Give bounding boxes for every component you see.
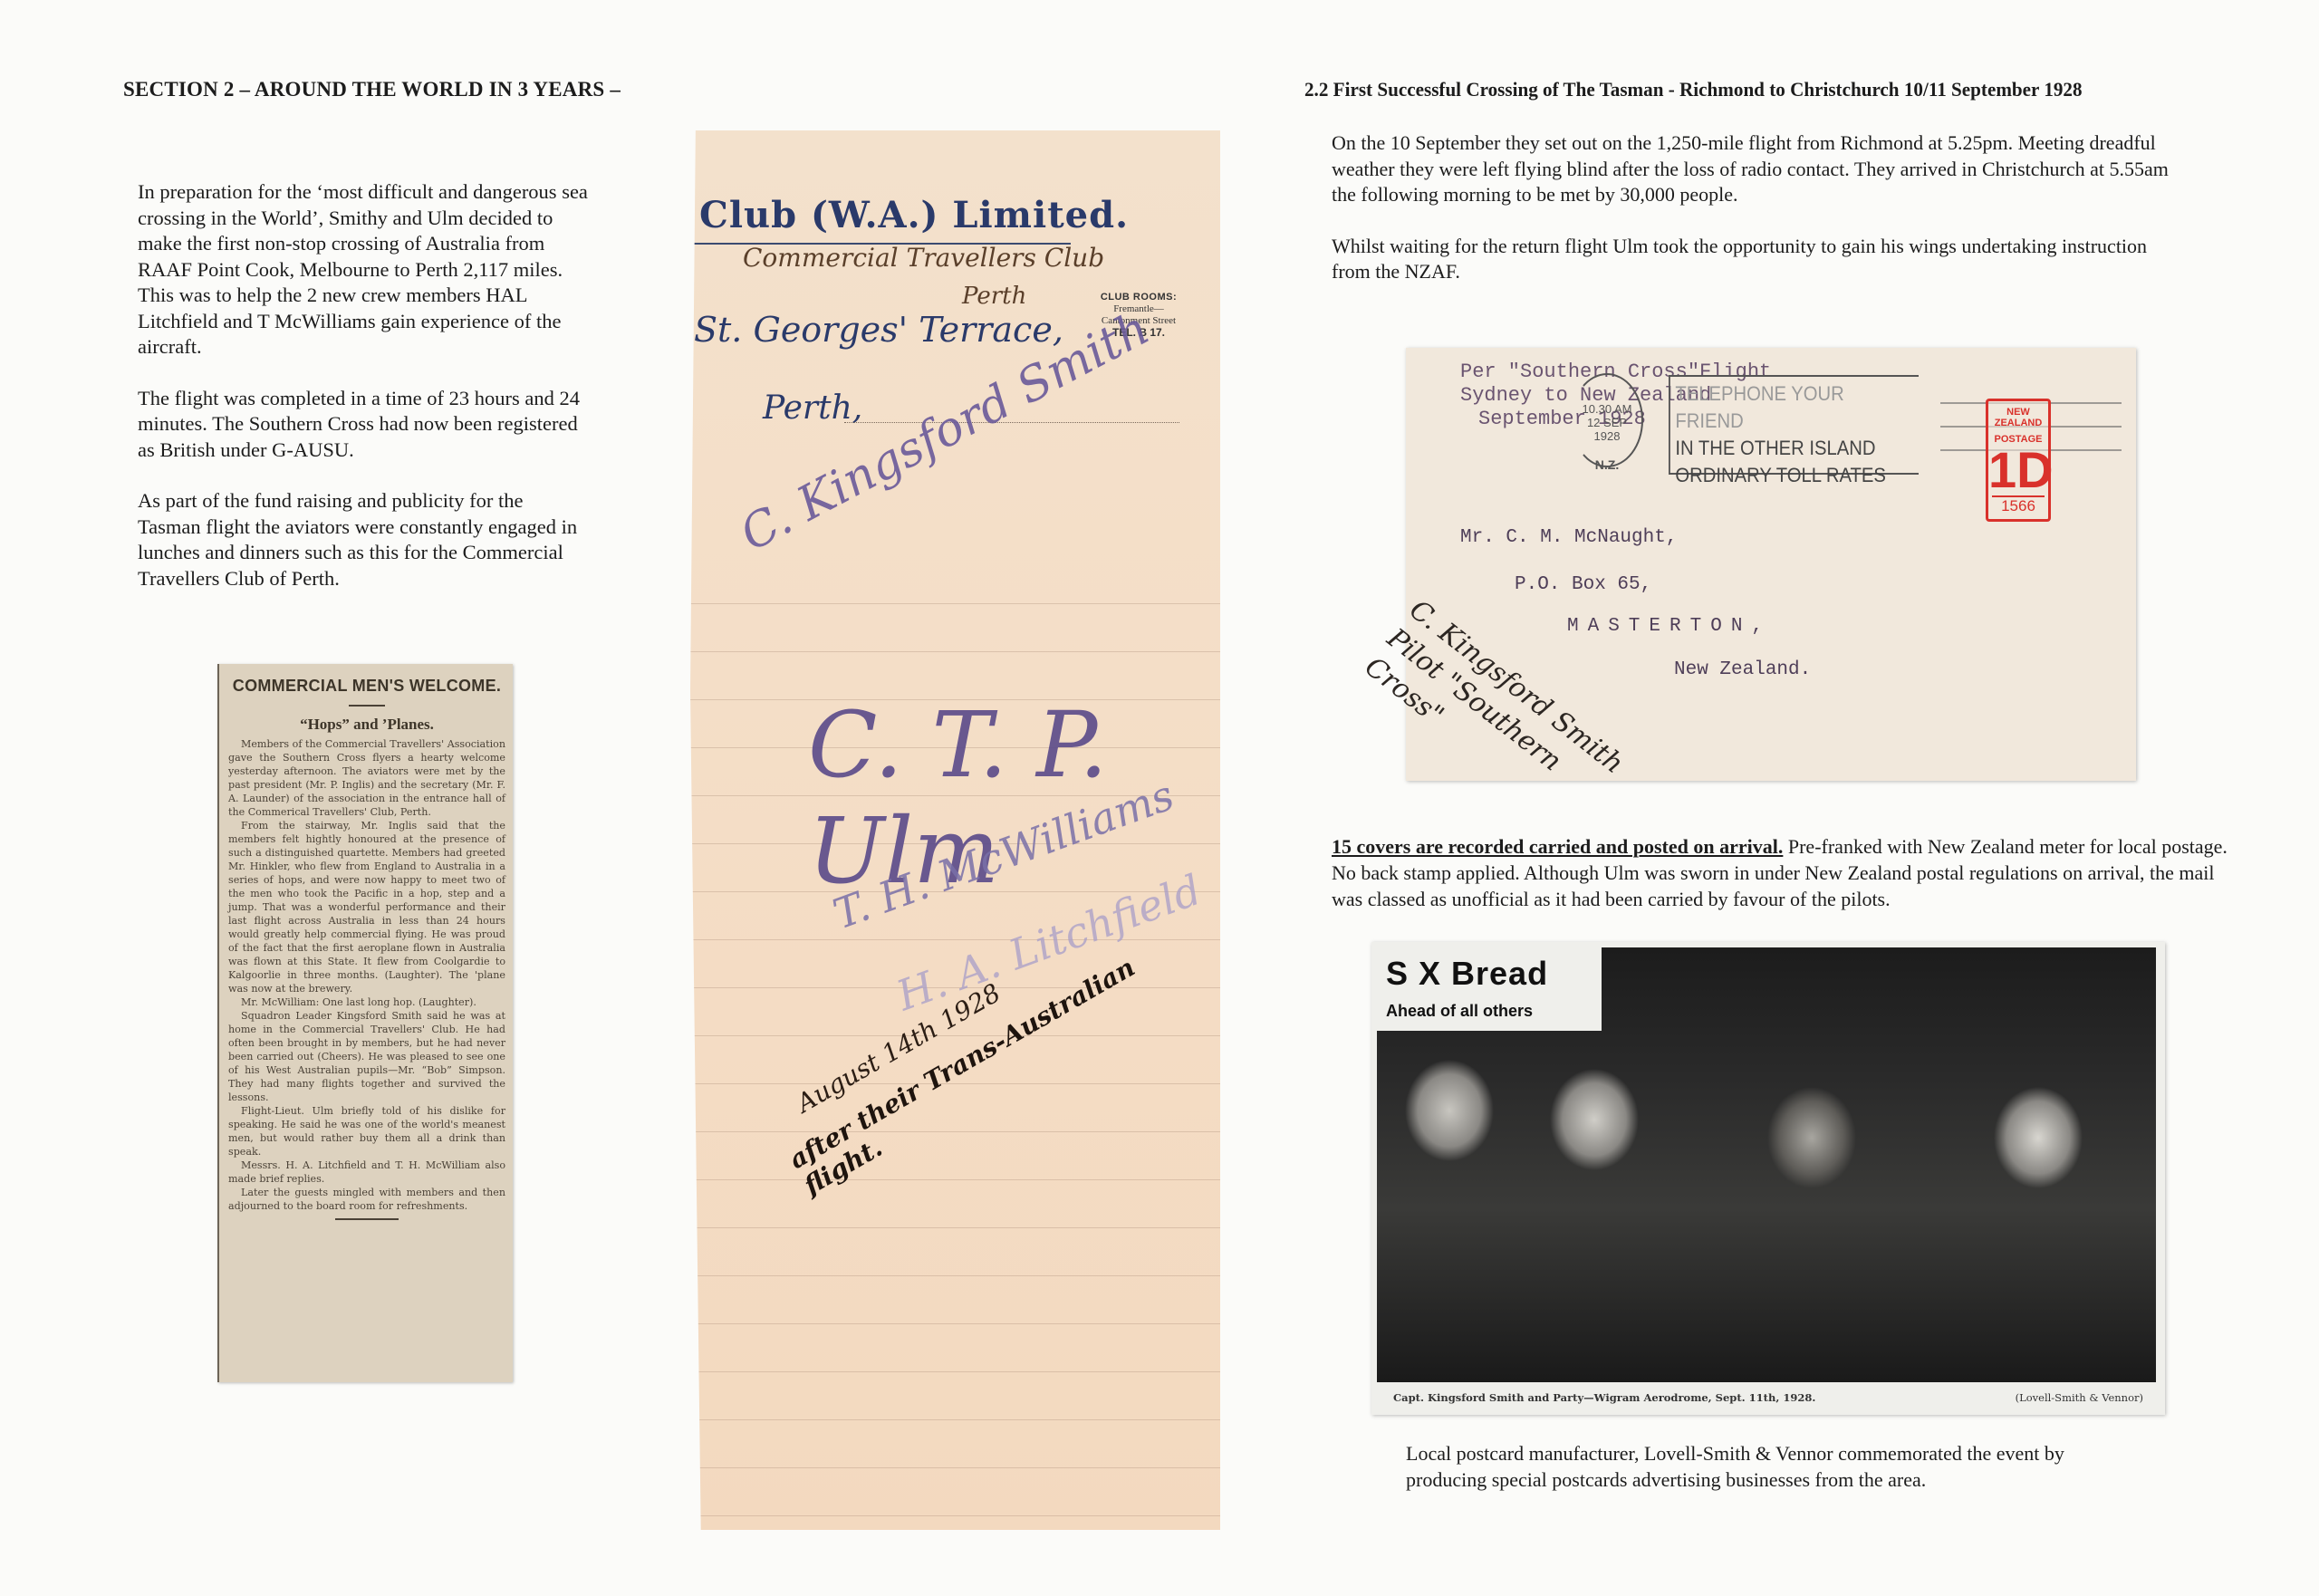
handwritten-club: Commercial Travellers Club	[743, 243, 1104, 273]
advert-title: S X Bread	[1386, 955, 1548, 993]
postcard-credit: (Lovell-Smith & Vennor)	[2016, 1391, 2143, 1404]
postmark-date: 12 SEP	[1573, 416, 1641, 429]
covers-note-lead: 15 covers are recorded carried and poste…	[1332, 835, 1783, 858]
slogan-line: ORDINARY TOLL RATES	[1675, 462, 1913, 489]
section-title: SECTION 2 – AROUND THE WORLD IN 3 YEARS …	[123, 78, 621, 101]
letterhead-address: St. Georges' Terrace,	[694, 310, 1063, 350]
meter-value: 1D	[1988, 445, 2048, 495]
club-rooms-heading: CLUB ROOMS:	[1080, 292, 1198, 303]
signed-letterhead: Club (W.A.) Limited. Commercial Travelle…	[690, 130, 1220, 1530]
address-line: P.O. Box 65,	[1515, 574, 1651, 595]
tasman-text: On the 10 September they set out on the …	[1332, 130, 2183, 311]
intro-text: In preparation for the ‘most difficult a…	[138, 179, 591, 617]
address-line: MASTERTON,	[1567, 616, 1772, 637]
address-line: Mr. C. M. McNaught,	[1460, 527, 1677, 548]
intro-paragraph: As part of the fund raising and publicit…	[138, 488, 591, 591]
slogan-line: TELEPHONE YOUR FRIEND	[1675, 380, 1913, 435]
postmark-icon: 10.30 AM 12 SEP 1928 N.Z.	[1571, 373, 1643, 467]
flown-cover-envelope: Per "Southern Cross"Flight Sydney to New…	[1406, 348, 2136, 781]
handwritten-city: Perth	[962, 283, 1026, 310]
advert-box: S X Bread Ahead of all others	[1377, 947, 1602, 1031]
meter-number: 1566	[1992, 495, 2045, 515]
clipping-end-rule	[335, 1218, 399, 1220]
clipping-paragraph: Mr. McWilliam: One last long hop. (Laugh…	[228, 995, 505, 1009]
clipping-paragraph: Squadron Leader Kingsford Smith said he …	[228, 1009, 505, 1104]
meter-country: NEW ZEALAND	[1988, 407, 2048, 428]
postmark-time: 10.30 AM	[1573, 402, 1641, 416]
tasman-paragraph: On the 10 September they set out on the …	[1332, 130, 2183, 208]
letterhead-club-name: Club (W.A.) Limited.	[699, 194, 1129, 236]
clipping-body: Members of the Commercial Travellers' As…	[228, 737, 505, 1213]
postcard-description: Local postcard manufacturer, Lovell-Smit…	[1406, 1440, 2131, 1493]
clipping-paragraph: Later the guests mingled with members an…	[228, 1186, 505, 1213]
intro-paragraph: In preparation for the ‘most difficult a…	[138, 179, 591, 361]
clipping-paragraph: Messrs. H. A. Litchfield and T. H. McWil…	[228, 1159, 505, 1186]
clipping-headline: COMMERCIAL MEN'S WELCOME.	[228, 677, 505, 696]
postmark-country: N.Z.	[1573, 457, 1641, 472]
clipping-paragraph: Members of the Commercial Travellers' As…	[228, 737, 505, 819]
intro-paragraph: The flight was completed in a time of 23…	[138, 386, 591, 464]
address-line: New Zealand.	[1674, 659, 1811, 680]
newspaper-clipping: COMMERCIAL MEN'S WELCOME. “Hops” and ’Pl…	[217, 664, 513, 1382]
postmark-year: 1928	[1573, 429, 1641, 443]
clipping-subheadline: “Hops” and ’Planes.	[228, 716, 505, 734]
tasman-paragraph: Whilst waiting for the return flight Ulm…	[1332, 234, 2183, 285]
slogan-cancel: TELEPHONE YOUR FRIEND IN THE OTHER ISLAN…	[1669, 375, 1919, 475]
postcard: S X Bread Ahead of all others Capt. King…	[1371, 942, 2165, 1415]
advert-subtitle: Ahead of all others	[1386, 1002, 1533, 1021]
covers-note: 15 covers are recorded carried and poste…	[1332, 833, 2237, 912]
subsection-title: 2.2 First Successful Crossing of The Tas…	[1304, 78, 2083, 101]
letterhead-city: Perth,	[763, 389, 862, 427]
meter-stamp-icon: NEW ZEALAND POSTAGE 1D 1566	[1986, 399, 2051, 522]
clipping-paragraph: Flight-Lieut. Ulm briefly told of his di…	[228, 1104, 505, 1159]
clipping-divider	[349, 705, 385, 707]
clipping-paragraph: From the stairway, Mr. Inglis said that …	[228, 819, 505, 995]
postcard-caption: Capt. Kingsford Smith and Party—Wigram A…	[1393, 1391, 1815, 1404]
slogan-line: IN THE OTHER ISLAND	[1675, 435, 1913, 462]
